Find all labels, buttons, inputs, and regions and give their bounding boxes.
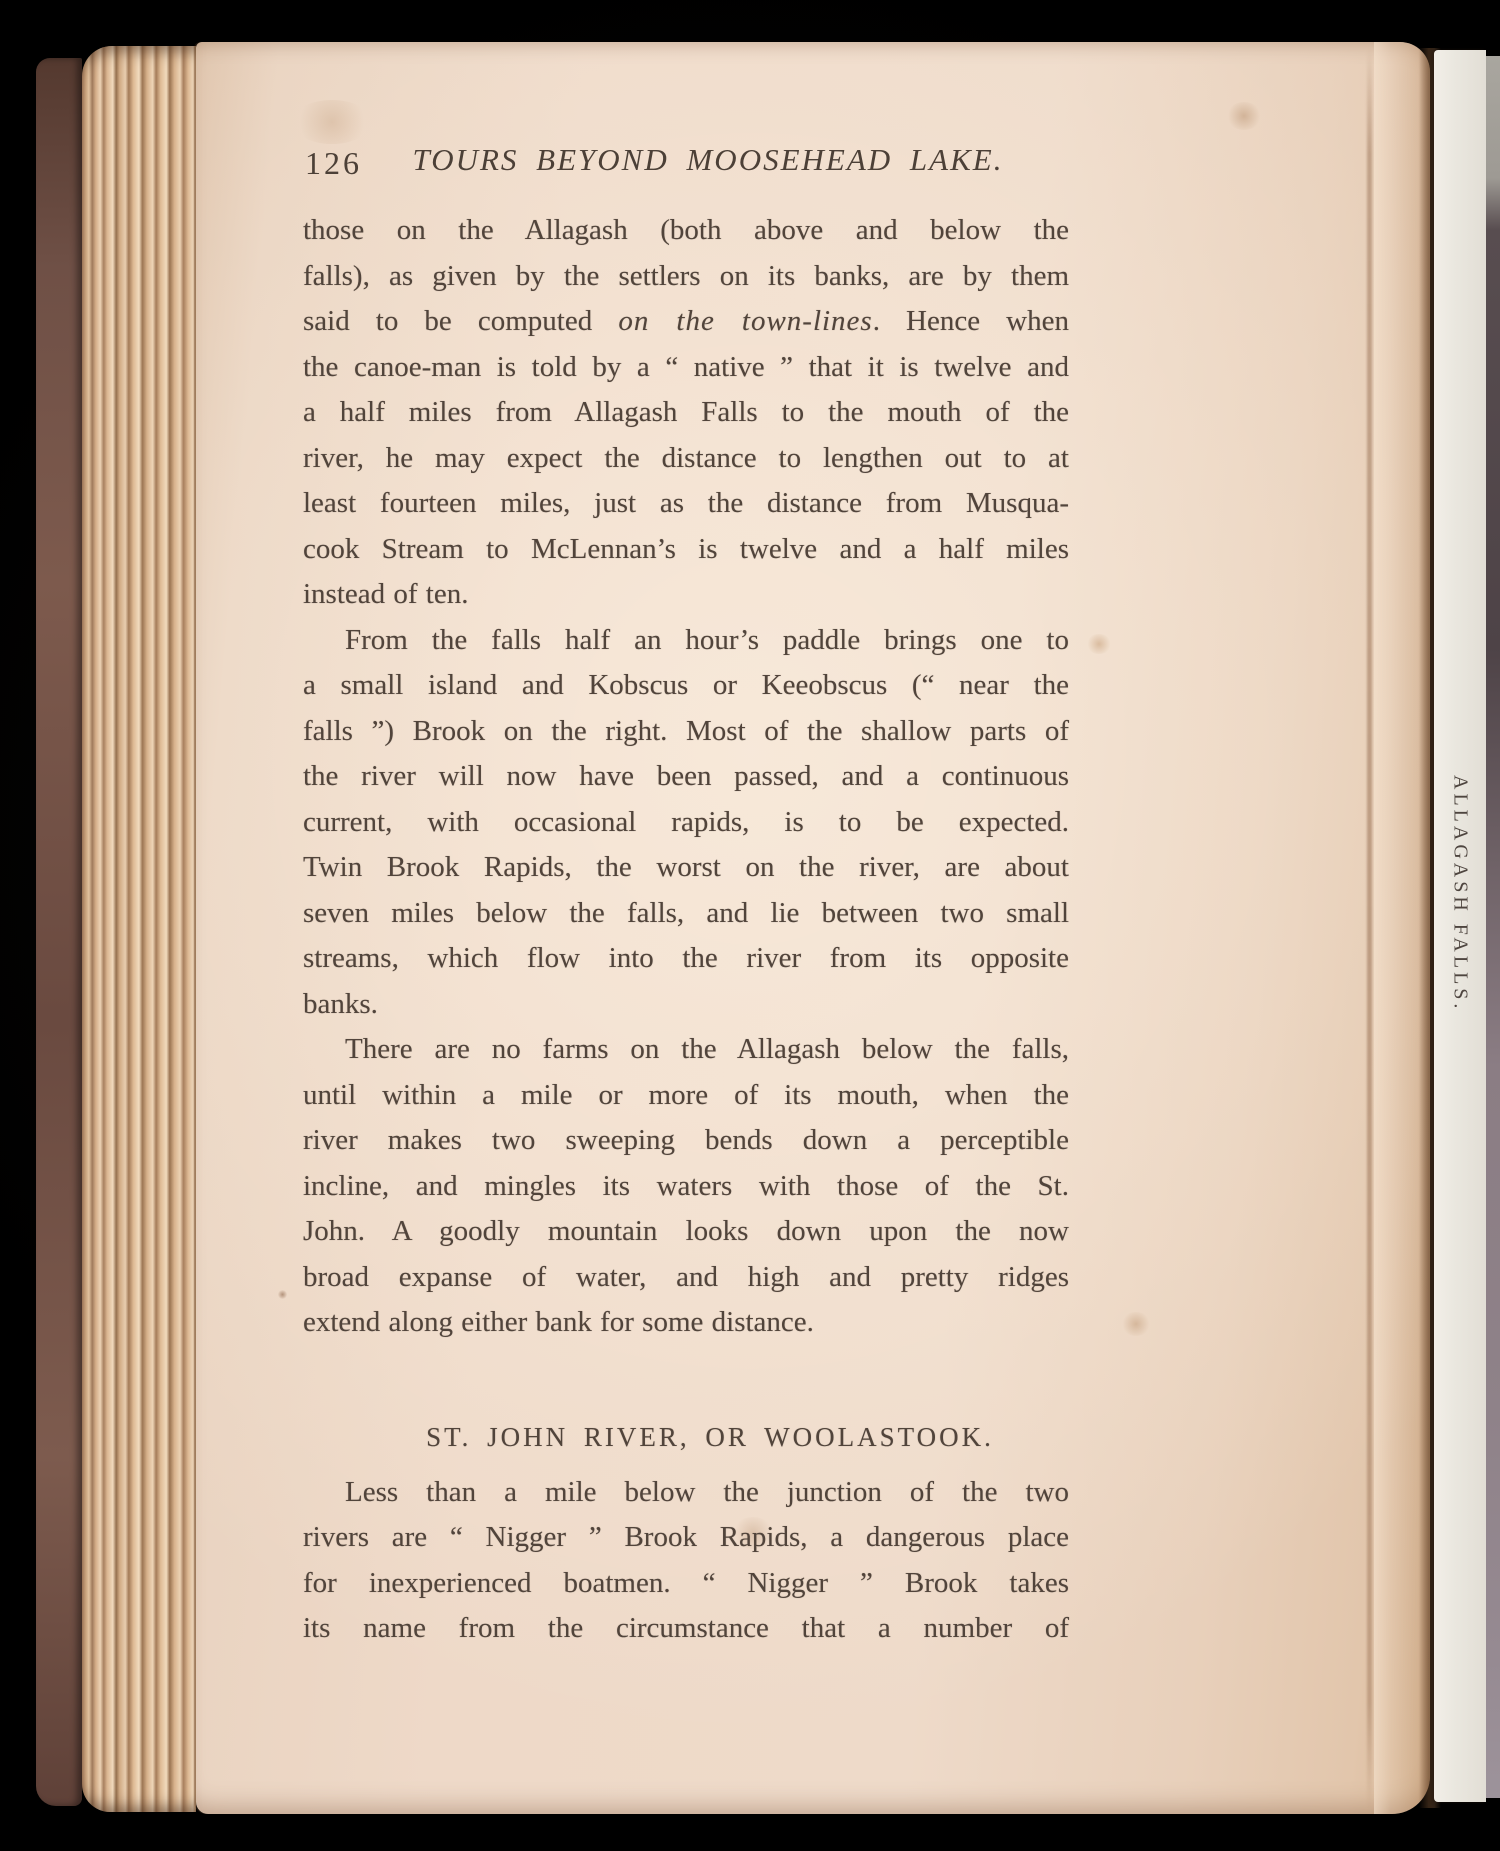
paper-stain xyxy=(1226,102,1262,130)
text-line: for inexperienced boatmen. “ Nigger ” Br… xyxy=(303,1561,1069,1607)
plate-image-edge xyxy=(1486,56,1500,1798)
book-cover-edge xyxy=(36,58,82,1806)
text-line: river, he may expect the distance to len… xyxy=(303,436,1069,482)
book-page: 126 TOURS BEYOND MOOSEHEAD LAKE. those o… xyxy=(196,42,1430,1814)
book-photo: 126 TOURS BEYOND MOOSEHEAD LAKE. those o… xyxy=(0,0,1500,1851)
paper-stain xyxy=(292,100,372,144)
text-line: rivers are “ Nigger ” Brook Rapids, a da… xyxy=(303,1515,1069,1561)
page-text: those on the Allagash (both above and be… xyxy=(303,208,1069,1652)
paper-stain xyxy=(1121,1312,1151,1336)
text-line: current, with occasional rapids, is to b… xyxy=(303,800,1069,846)
text-line: river makes two sweeping bends down a pe… xyxy=(303,1118,1069,1164)
text-line: least fourteen miles, just as the distan… xyxy=(303,481,1069,527)
paragraph: There are no farms on the Allagash below… xyxy=(303,1027,1069,1346)
plate-caption: ALLAGASH FALLS. xyxy=(1449,775,1472,1012)
text-line: the river will now have been passed, and… xyxy=(303,754,1069,800)
paper-stain xyxy=(278,1290,287,1299)
text-line: cook Stream to McLennan’s is twelve and … xyxy=(303,527,1069,573)
text-line: falls), as given by the settlers on its … xyxy=(303,254,1069,300)
text-line: a small island and Kobscus or Keeobscus … xyxy=(303,663,1069,709)
text-line: incline, and mingles its waters with tho… xyxy=(303,1164,1069,1210)
text-line: streams, which flow into the river from … xyxy=(303,936,1069,982)
paragraph: From the falls half an hour’s paddle bri… xyxy=(303,618,1069,1028)
text-line: falls ”) Brook on the right. Most of the… xyxy=(303,709,1069,755)
text-line: said to be computed on the town-lines. H… xyxy=(303,299,1069,345)
text-line: John. A goodly mountain looks down upon … xyxy=(303,1209,1069,1255)
text-line: extend along either bank for some distan… xyxy=(303,1300,1069,1346)
paragraph: Less than a mile below the junction of t… xyxy=(303,1470,1069,1652)
facing-page-edge: ALLAGASH FALLS. xyxy=(1434,50,1486,1802)
text-line: the canoe-man is told by a “ native ” th… xyxy=(303,345,1069,391)
page-header: 126 TOURS BEYOND MOOSEHEAD LAKE. xyxy=(303,142,1069,188)
text-line: those on the Allagash (both above and be… xyxy=(303,208,1069,254)
page-edges-stack xyxy=(82,46,196,1812)
running-title: TOURS BEYOND MOOSEHEAD LAKE. xyxy=(303,142,1069,178)
section-heading: ST. JOHN RIVER, OR WOOLASTOOK. xyxy=(327,1417,1093,1457)
text-line: until within a mile or more of its mouth… xyxy=(303,1073,1069,1119)
text-line: From the falls half an hour’s paddle bri… xyxy=(303,618,1069,664)
text-line: There are no farms on the Allagash below… xyxy=(303,1027,1069,1073)
page-number: 126 xyxy=(305,145,362,182)
text-line: Less than a mile below the junction of t… xyxy=(303,1470,1069,1516)
text-line: instead of ten. xyxy=(303,572,1069,618)
paper-stain xyxy=(1086,634,1112,654)
text-line: broad expanse of water, and high and pre… xyxy=(303,1255,1069,1301)
text-line: its name from the circumstance that a nu… xyxy=(303,1606,1069,1652)
text-line: a half miles from Allagash Falls to the … xyxy=(303,390,1069,436)
paragraph: those on the Allagash (both above and be… xyxy=(303,208,1069,618)
text-line: banks. xyxy=(303,982,1069,1028)
page-fold-crease xyxy=(1367,48,1372,1808)
text-line: seven miles below the falls, and lie bet… xyxy=(303,891,1069,937)
text-line: Twin Brook Rapids, the worst on the rive… xyxy=(303,845,1069,891)
